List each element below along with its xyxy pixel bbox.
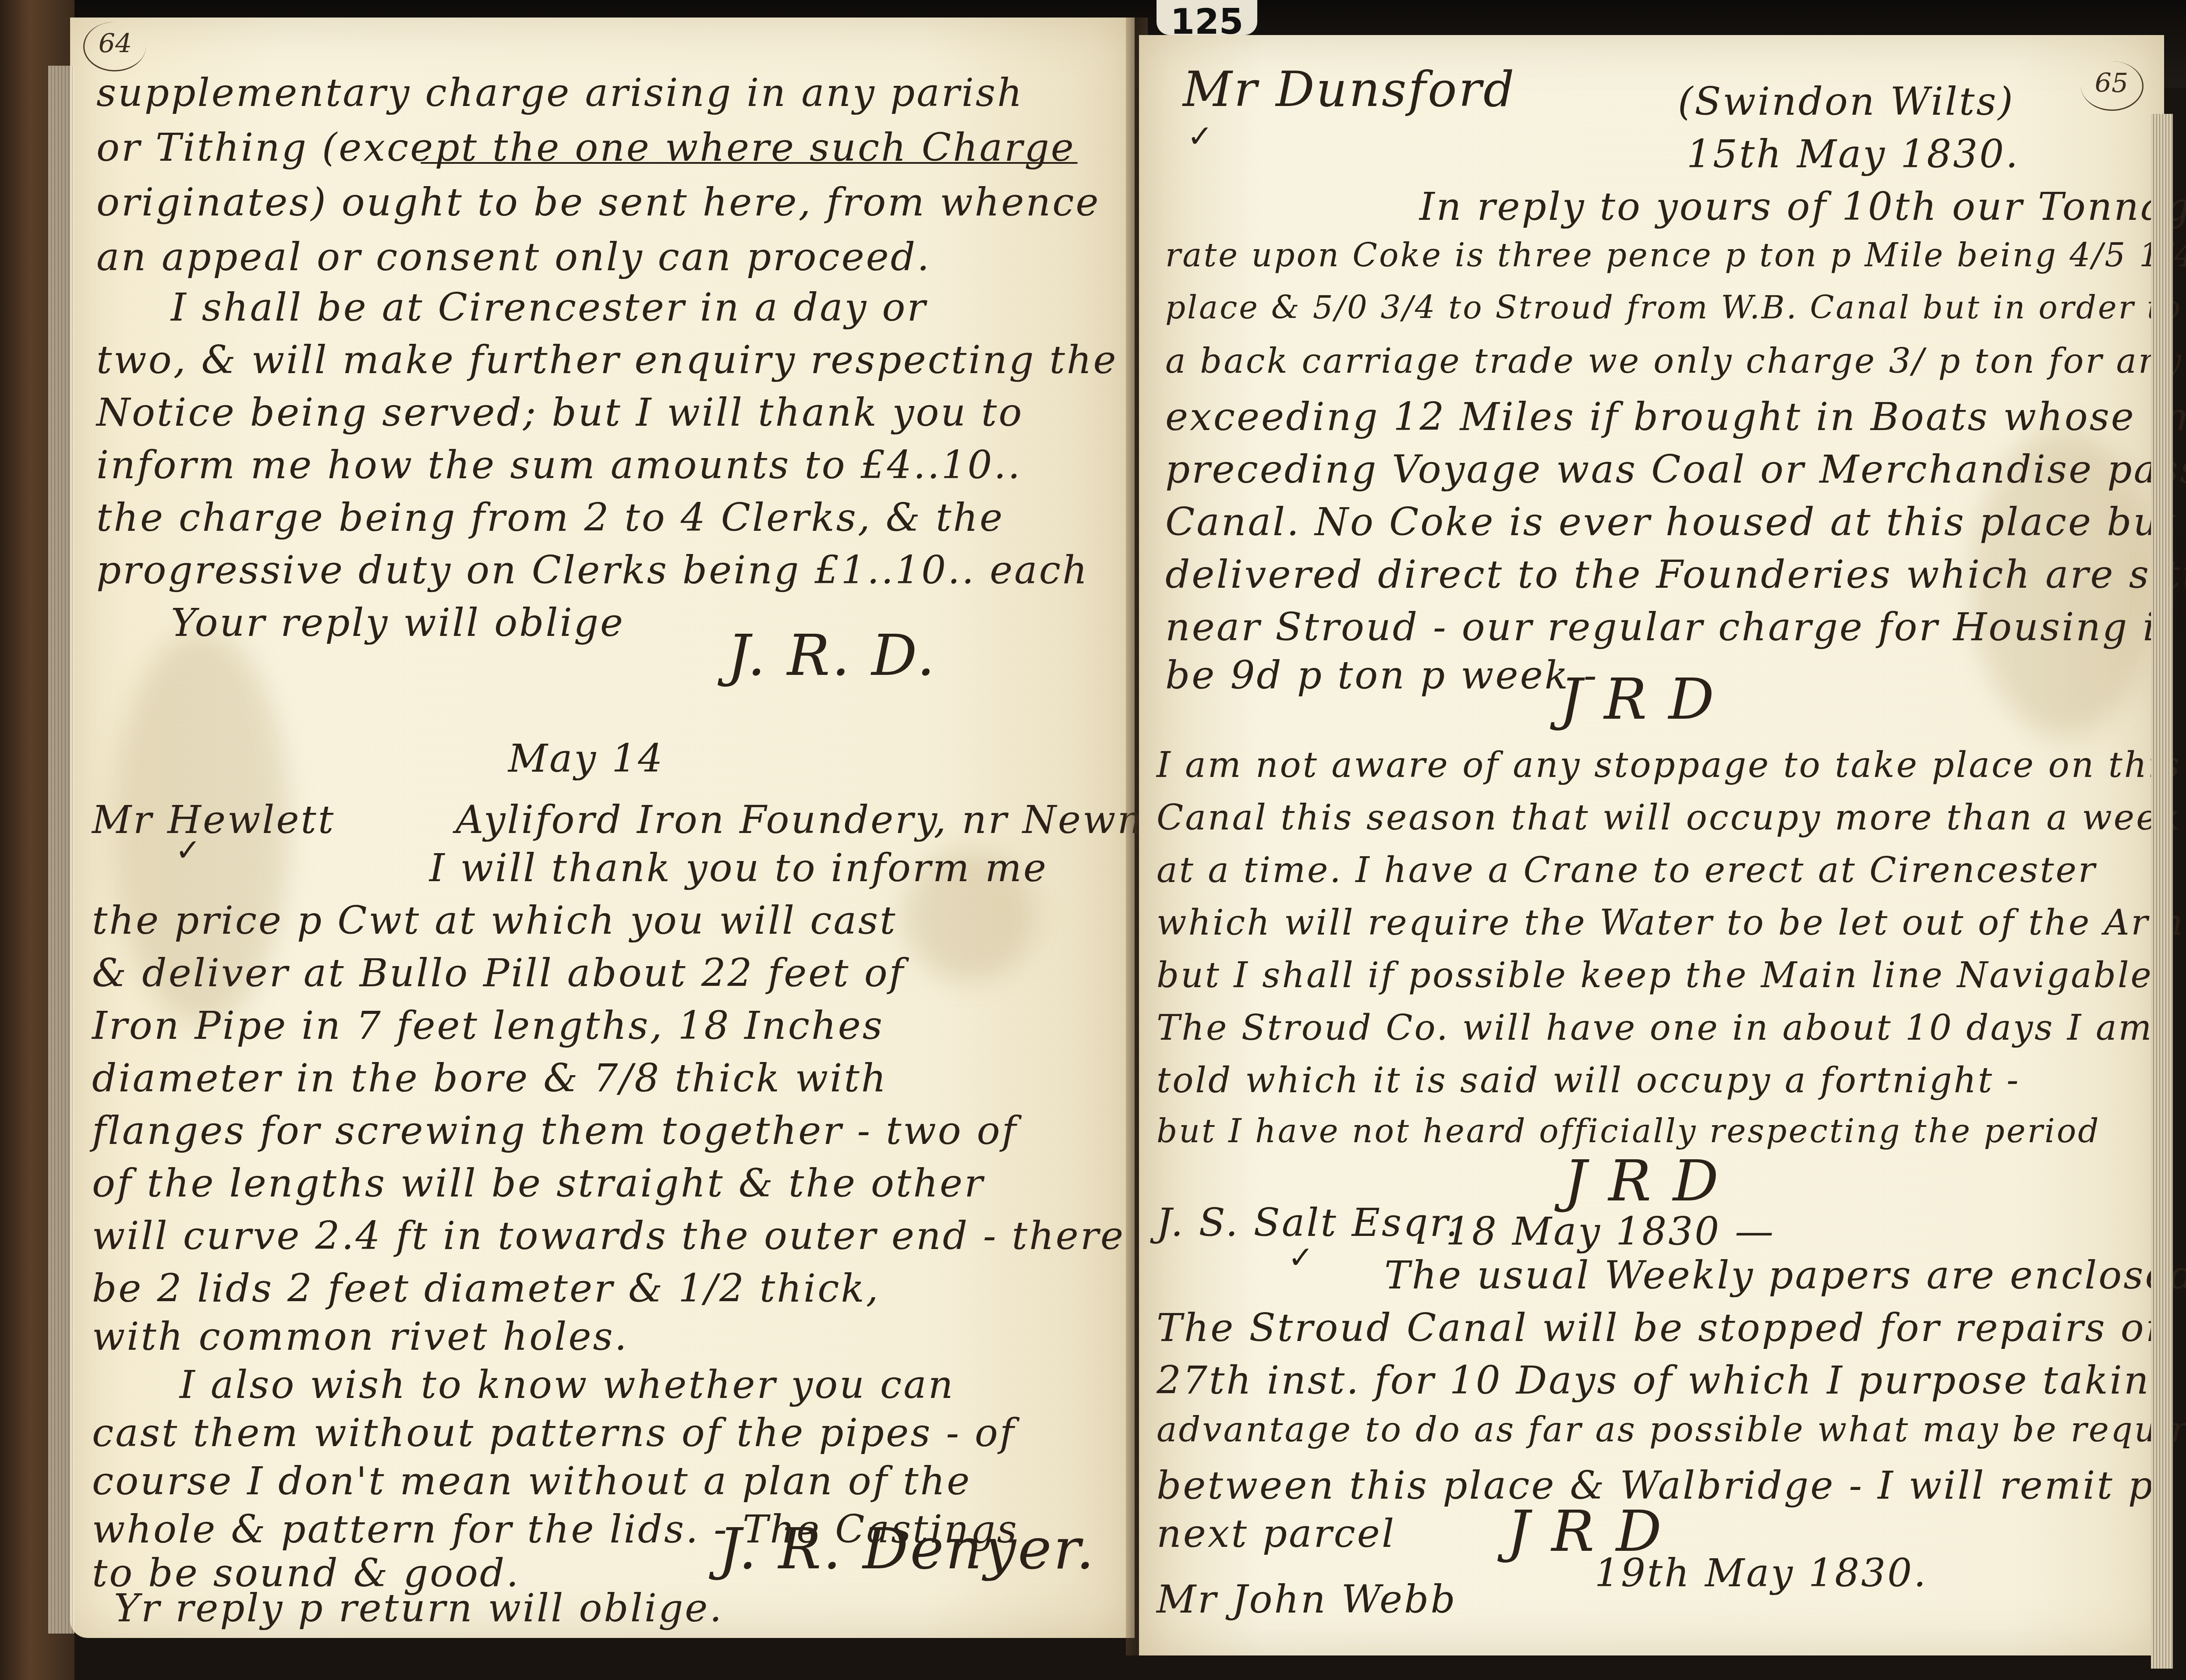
text-line: I am not aware of any stoppage to take p… [1157,745,2181,785]
text-line: delivered direct to the Founderies which… [1165,552,2186,597]
text-line: near Stroud - our regular charge for Hou… [1165,604,2186,649]
text-line: which will require the Water to be let o… [1157,902,2185,943]
check-mark-icon: ✓ [1187,118,1213,154]
text-line: & deliver at Bullo Pill about 22 feet of [92,950,905,995]
text-line: originates) ought to be sent here, from … [96,180,1100,225]
text-line: Notice being served; but I will thank yo… [96,390,1023,435]
text-line: but I have not heard officially respecti… [1157,1112,2101,1150]
check-mark-icon: ✓ [1288,1239,1314,1275]
text-line: supplementary charge arising in any pari… [96,70,1024,115]
text-line: Canal. No Coke is ever housed at this pl… [1165,499,2177,544]
text-line: cast them without patterns of the pipes … [92,1410,1016,1455]
page-number-left: 64 [83,22,146,71]
date-heading: May 14 [508,736,664,781]
addressee: Mr John Webb [1157,1577,1457,1622]
text-line: The Stroud Canal will be stopped for rep… [1157,1305,2186,1350]
text-line: of the lengths will be straight & the ot… [92,1161,984,1206]
text-line: In reply to yours of 10th our Tonnage [1419,184,2186,229]
addressee: J. S. Salt Esqr. [1157,1200,1460,1245]
text-line: inform me how the sum amounts to £4..10.… [96,442,1022,487]
address: Ayliford Iron Foundery, nr Newnham [456,797,1234,842]
signature: J. R. D. [727,622,937,688]
letter-date: 18 May 1830 — [1446,1209,1775,1254]
text-line: preceding Voyage was Coal or Merchandise… [1165,447,2186,492]
addressee: Mr Dunsford [1183,61,1516,117]
text-line: but I shall if possible keep the Main li… [1157,955,2153,995]
text-line: two, & will make further enquiry respect… [96,337,1118,382]
text-line: Canal this season that will occupy more … [1157,797,2182,838]
underline-rule [421,162,1078,164]
archive-tag: 125 [1157,0,1257,35]
text-line: at a time. I have a Crane to erect at Ci… [1157,850,2097,890]
check-mark-icon: ✓ [175,832,201,868]
left-page: 64 supplementary charge arising in any p… [70,18,1135,1638]
letter-date: 15th May 1830. [1687,131,2020,176]
page-number-right: 65 [2081,61,2144,111]
text-line: Your reply will oblige [171,600,625,645]
text-line: progressive duty on Clerks being £1..10.… [96,547,1089,593]
text-line: 27th inst. for 10 Days of which I purpos… [1157,1358,2177,1403]
text-line: course I don't mean without a plan of th… [92,1458,971,1504]
text-line: a back carriage trade we only charge 3/ … [1165,342,2186,381]
text-line: will curve 2.4 ft in towards the outer e… [92,1213,1216,1258]
page-edges-left [48,66,74,1634]
text-line: place & 5/0 3/4 to Stroud from W.B. Cana… [1165,289,2186,326]
text-line: diameter in the bore & 7/8 thick with [92,1055,888,1101]
text-line: exceeding 12 Miles if brought in Boats w… [1165,394,2186,439]
text-line: the charge being from 2 to 4 Clerks, & t… [96,495,1004,540]
text-line: I also wish to know whether you can [180,1362,955,1407]
addressee: Mr Hewlett [92,797,335,842]
signature: J R D [1560,666,1716,732]
right-page: 65 Mr Dunsford (Swindon Wilts) ✓ 15th Ma… [1139,35,2164,1655]
text-line: advantage to do as far as possible what … [1157,1410,2186,1450]
text-line: next parcel [1157,1511,1396,1556]
text-line: an appeal or consent only can proceed. [96,234,931,279]
text-line: be 2 lids 2 feet diameter & 1/2 thick, [92,1266,880,1311]
text-line: be 9d p ton p week - [1165,653,1599,698]
text-line: The usual Weekly papers are enclosed [1384,1253,2186,1298]
text-line: the price p Cwt at which you will cast [92,898,897,943]
letter-date: 19th May 1830. [1595,1550,1928,1595]
text-line: Iron Pipe in 7 feet lengths, 18 Inches [92,1003,884,1048]
page-edges-right [2151,114,2173,1669]
text-line: flanges for screwing them together - two… [92,1108,1018,1153]
place: (Swindon Wilts) [1678,79,2015,124]
text-line: The Stroud Co. will have one in about 10… [1157,1007,2153,1048]
text-line: I will thank you to inform me [429,845,1048,890]
signature: J R D [1564,1147,1720,1214]
text-line: I shall be at Cirencester in a day or [171,285,927,330]
text-line: rate upon Coke is three pence p ton p Mi… [1165,236,2186,274]
text-line: with common rivet holes. [92,1314,629,1359]
signature-denyer: J. R. Denyer. [718,1515,1096,1582]
closing-line: Yr reply p return will oblige. [114,1585,723,1631]
text-line: told which it is said will occupy a fort… [1157,1060,2020,1101]
